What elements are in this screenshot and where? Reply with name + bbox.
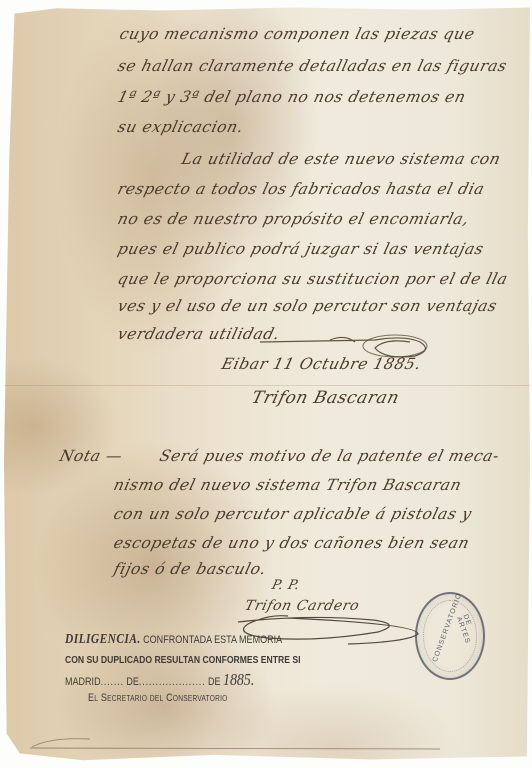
body-line: La utilidad de este nuevo sistema con — [0, 150, 532, 168]
body-line: 1ª 2ª y 3ª del plano no nos detenemos en — [0, 88, 532, 106]
body-line: ves y el uso de un solo percutor son ven… — [0, 297, 532, 315]
stamp-line-2: CON SU DUPLICADO RESULTAN CONFORMES ENTR… — [65, 654, 301, 666]
body-line: se hallan claramente detalladas en las f… — [0, 57, 532, 75]
body-line: su explicacion. — [0, 118, 532, 136]
signature-bascaran: Trifon Bascaran — [0, 388, 532, 408]
body-line: que le proporciona su sustitucion por el… — [0, 270, 532, 288]
stamp-diligencia: DILIGENCIA. — [65, 632, 141, 647]
note-line: Será pues motivo de la patente el meca- — [0, 447, 532, 465]
stamp-madrid: MADRID — [65, 676, 101, 688]
note-line: escopetas de uno y dos cañones bien sean — [0, 534, 532, 552]
stamp-year: 1885. — [223, 670, 254, 689]
stamp-secretary: El Secretario del Conservatorio — [88, 692, 228, 704]
fold-crease — [4, 385, 530, 386]
stamp-line-1-rest: CONFRONTADA ESTA MEMORIA — [143, 634, 282, 646]
stamp-line-3: MADRID....... DE.................... DE … — [65, 670, 254, 690]
stamp-de-2: DE — [208, 676, 221, 688]
stamp-line-1: DILIGENCIA. CONFRONTADA ESTA MEMORIA — [65, 632, 282, 648]
body-line: pues el publico podrá juzgar si las vent… — [0, 240, 532, 258]
note-line: con un solo percutor aplicable á pistola… — [0, 505, 532, 523]
body-line: cuyo mecanismo componen las piezas que — [0, 25, 532, 43]
pp-mark: P. P. — [0, 578, 532, 593]
note-line: fijos ó de basculo. — [0, 560, 532, 578]
conservatorio-seal: CONSERVATORIO DE ARTES — [415, 592, 485, 680]
signature-flourish-icon — [255, 330, 435, 370]
bottom-edge-line-icon — [30, 735, 450, 755]
body-line: no es de nuestro propósito el encomiarla… — [0, 210, 532, 228]
body-line: respecto a todos los fabricados hasta el… — [0, 180, 532, 198]
stamp-de-1: DE — [126, 676, 139, 688]
body-line-text: respecto a todos los fabricados hasta el… — [116, 180, 487, 198]
note-line: nismo del nuevo sistema Trifon Bascaran — [0, 476, 532, 494]
